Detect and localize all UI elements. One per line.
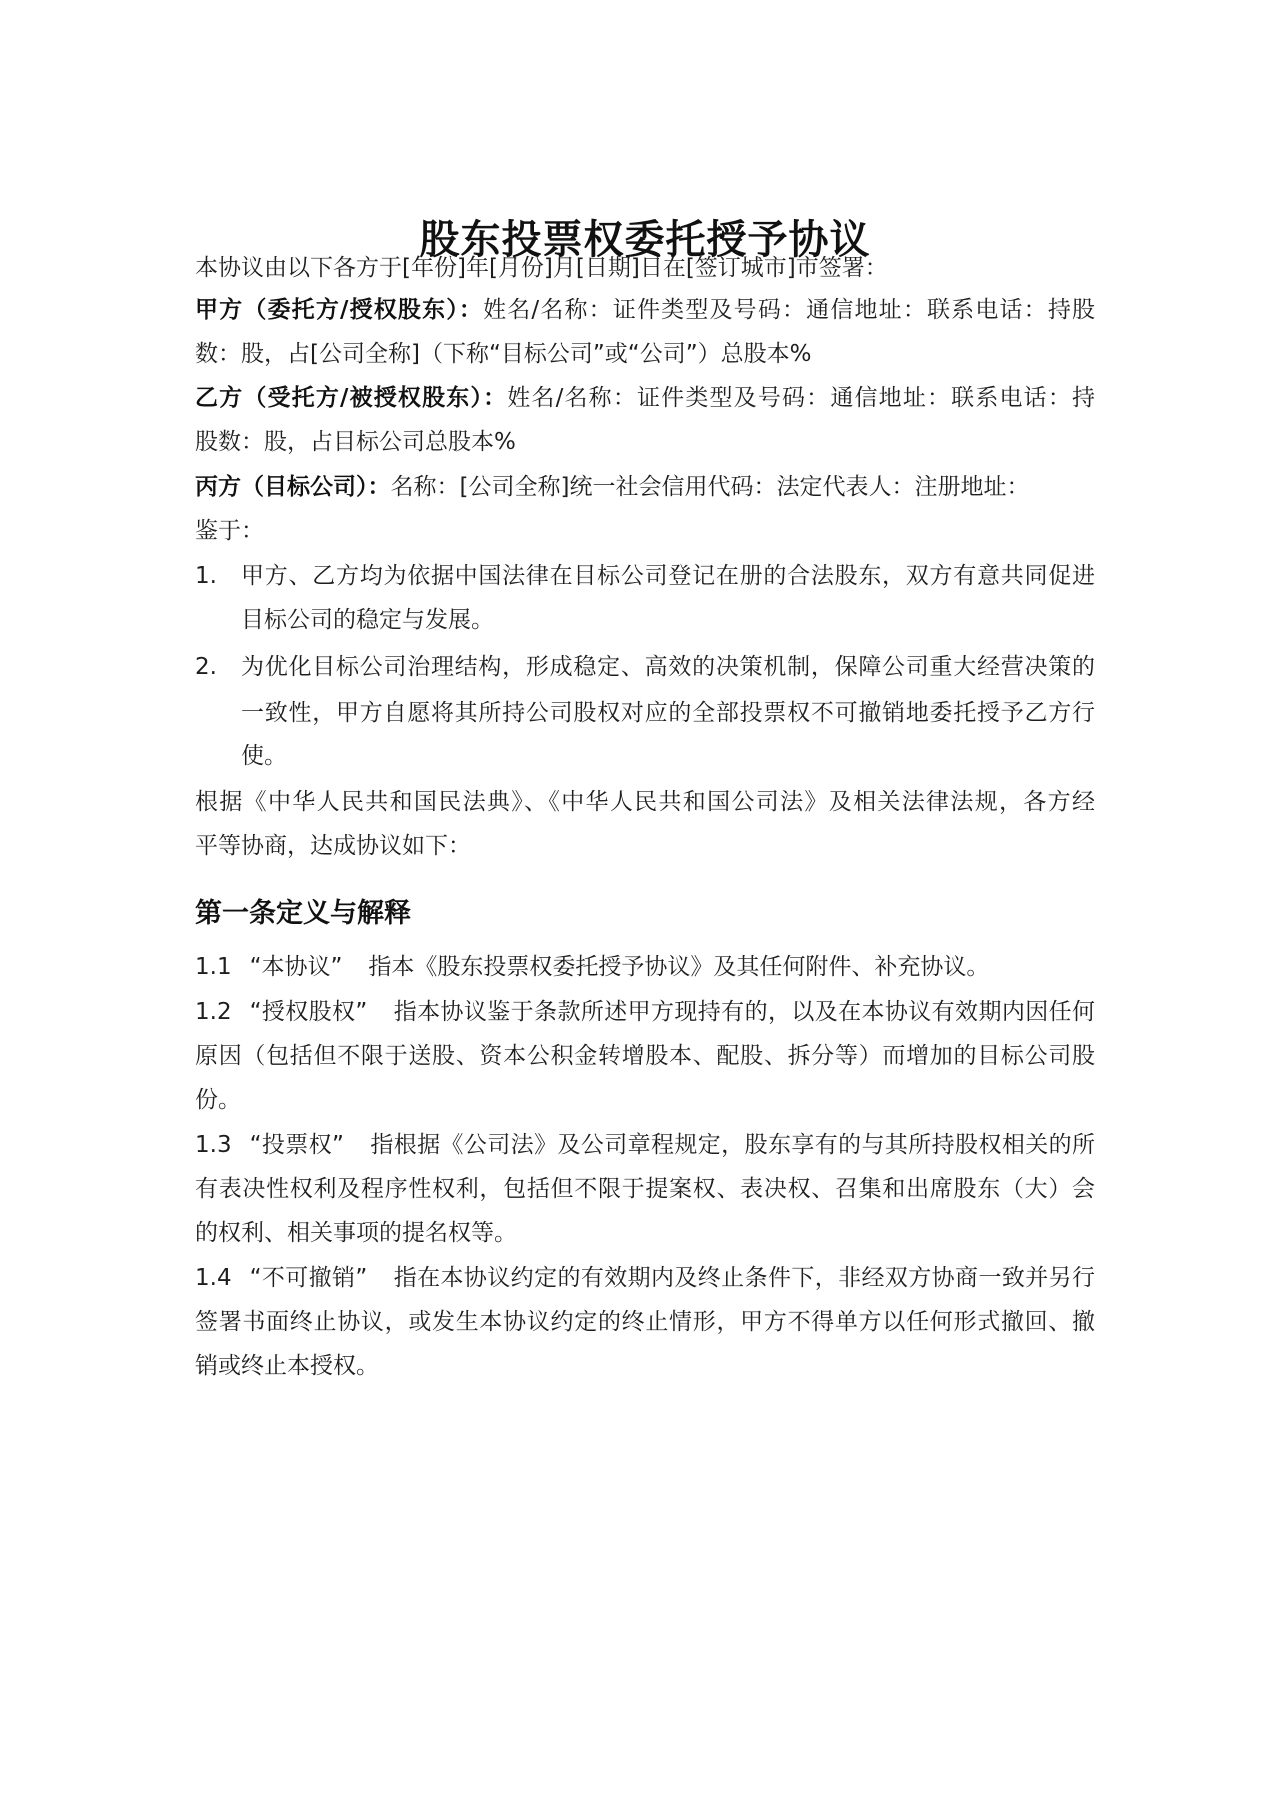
party-a-line-2: 数：股，占[公司全称]（下称“目标公司”或“公司”）总股本% — [195, 338, 811, 370]
clause-1-4-term: “不可撤销” — [250, 1265, 368, 1291]
party-c-label: 丙方（目标公司）： — [195, 474, 391, 500]
clause-1-4-line-3: 销或终止本授权。 — [195, 1350, 379, 1382]
clause-1-1-line-1: 指本《股东投票权委托授予协议》及其任何附件、补充协议。 — [368, 954, 989, 980]
party-a-details: 姓名/名称：证件类型及号码：通信地址：联系电话：持股 — [483, 297, 1095, 323]
whereas-item-2-line-1: 为优化目标公司治理结构，形成稳定、高效的决策机制，保障公司重大经营决策的 — [241, 651, 1095, 683]
clause-1-3-first-line: 1.3“投票权”指根据《公司法》及公司章程规定，股东享有的与其所持股权相关的所 — [195, 1129, 1095, 1161]
whereas-item-1-line-1: 甲方、乙方均为依据中国法律在目标公司登记在册的合法股东，双方有意共同促进 — [241, 560, 1095, 592]
whereas-label: 鉴于： — [195, 515, 264, 547]
clause-1-1-term: “本协议” — [250, 954, 343, 980]
clause-1-4-line-2: 签署书面终止协议，或发生本协议约定的终止情形，甲方不得单方以任何形式撤回、撤 — [195, 1306, 1095, 1338]
clause-1-2-line-1: 指本协议鉴于条款所述甲方现持有的，以及在本协议有效期内因任何 — [393, 999, 1095, 1025]
whereas-item-1-number: 1. — [195, 560, 217, 592]
party-b-line-1: 乙方（受托方/被授权股东）：姓名/名称：证件类型及号码：通信地址：联系电话：持 — [195, 382, 1095, 414]
clause-1-1-number: 1.1 — [195, 954, 232, 980]
clause-1-1: 1.1“本协议”指本《股东投票权委托授予协议》及其任何附件、补充协议。 — [195, 951, 989, 983]
party-a-label: 甲方（委托方/授权股东）： — [195, 297, 483, 323]
clause-1-3-number: 1.3 — [195, 1132, 232, 1158]
basis-line-2: 平等协商，达成协议如下： — [195, 830, 471, 862]
party-b-label: 乙方（受托方/被授权股东）： — [195, 385, 507, 411]
clause-1-4-number: 1.4 — [195, 1265, 232, 1291]
clause-1-2-first-line: 1.2“授权股权”指本协议鉴于条款所述甲方现持有的，以及在本协议有效期内因任何 — [195, 996, 1095, 1028]
clause-1-3-line-2: 有表决性权利及程序性权利，包括但不限于提案权、表决权、召集和出席股东（大）会 — [195, 1173, 1095, 1205]
party-a-line-1: 甲方（委托方/授权股东）：姓名/名称：证件类型及号码：通信地址：联系电话：持股 — [195, 294, 1095, 326]
clause-1-4-first-line: 1.4“不可撤销”指在本协议约定的有效期内及终止条件下，非经双方协商一致并另行 — [195, 1262, 1095, 1294]
clause-1-2-term: “授权股权” — [250, 999, 368, 1025]
whereas-item-2-line-3: 使。 — [241, 740, 287, 772]
party-b-line-2: 股数：股，占目标公司总股本% — [195, 426, 516, 458]
clause-1-2-number: 1.2 — [195, 999, 232, 1025]
clause-1-3-line-1: 指根据《公司法》及公司章程规定，股东享有的与其所持股权相关的所 — [370, 1132, 1095, 1158]
article-1-heading: 第一条定义与解释 — [195, 896, 411, 932]
clause-1-3-term: “投票权” — [250, 1132, 344, 1158]
party-b-details: 姓名/名称：证件类型及号码：通信地址：联系电话：持 — [507, 385, 1095, 411]
clause-1-4-line-1: 指在本协议约定的有效期内及终止条件下，非经双方协商一致并另行 — [393, 1265, 1095, 1291]
intro-line: 本协议由以下各方于[年份]年[月份]月[日期]日在[签订城市]市签署： — [195, 252, 888, 284]
party-c-line: 丙方（目标公司）：名称：[公司全称]统一社会信用代码：法定代表人：注册地址： — [195, 471, 1029, 503]
whereas-item-1-line-2: 目标公司的稳定与发展。 — [241, 604, 494, 636]
clause-1-3-line-3: 的权利、相关事项的提名权等。 — [195, 1217, 517, 1249]
clause-1-2-line-3: 份。 — [195, 1084, 241, 1116]
whereas-item-2-number: 2. — [195, 651, 217, 683]
whereas-item-2-line-2: 一致性，甲方自愿将其所持公司股权对应的全部投票权不可撤销地委托授予乙方行 — [241, 697, 1095, 729]
clause-1-2-line-2: 原因（包括但不限于送股、资本公积金转增股本、配股、拆分等）而增加的目标公司股 — [195, 1040, 1095, 1072]
basis-line-1: 根据《中华人民共和国民法典》、《中华人民共和国公司法》及相关法律法规，各方经 — [195, 786, 1095, 818]
party-c-details: 名称：[公司全称]统一社会信用代码：法定代表人：注册地址： — [391, 474, 1030, 500]
